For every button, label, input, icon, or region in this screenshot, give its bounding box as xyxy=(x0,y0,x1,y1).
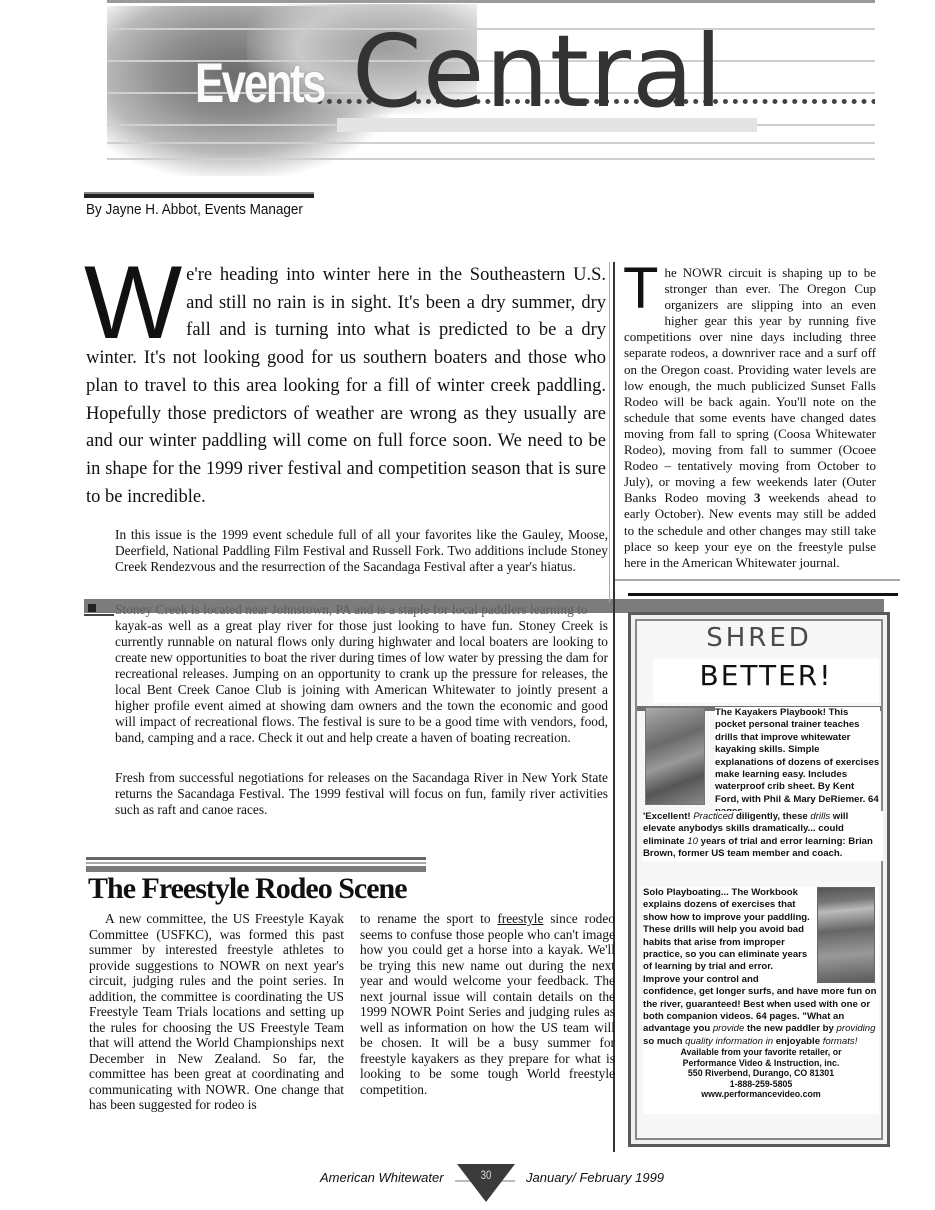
book2-text: the new paddler by xyxy=(744,1023,836,1034)
banner-title-events: Events xyxy=(195,50,324,115)
book2-italic: formats! xyxy=(823,1036,858,1047)
sacandaga-paragraph: Fresh from successful negotiations for r… xyxy=(115,770,608,818)
drop-cap: W xyxy=(84,264,182,344)
freestyle-text: since rodeo seems to confuse those peopl… xyxy=(360,911,615,1097)
company-website: www.performancevideo.com xyxy=(643,1089,879,1100)
byline: By Jayne H. Abbot, Events Manager xyxy=(86,201,303,218)
column-divider-light xyxy=(609,262,610,602)
lead-paragraph: We're heading into winter here in the So… xyxy=(86,262,606,511)
freestyle-underlined-term: freestyle xyxy=(497,911,543,926)
section-rule xyxy=(86,862,426,864)
footer-publication: American Whitewater xyxy=(320,1170,444,1185)
book2-italic: quality information in xyxy=(685,1036,773,1047)
kayakers-playbook-cover-image xyxy=(645,707,705,805)
shred-better-advertisement: SHRED BETTER! The Kayakers Playbook! Thi… xyxy=(628,612,890,1147)
quote-italic: 10 xyxy=(687,836,698,847)
section-rule xyxy=(84,614,114,616)
availability-line: Available from your favorite retailer, o… xyxy=(643,1047,879,1058)
right-column-rule-heavy xyxy=(628,593,898,596)
right-column-rule xyxy=(615,579,900,581)
banner-title-central: Central xyxy=(352,22,723,122)
company-phone: 1-888-259-5805 xyxy=(643,1079,879,1090)
ad-inner-frame: SHRED BETTER! The Kayakers Playbook! Thi… xyxy=(635,619,883,1140)
freestyle-section-title: The Freestyle Rodeo Scene xyxy=(88,872,407,906)
stoney-creek-faded-line: Stoney Creek is located near Johnstown, … xyxy=(115,602,608,618)
freestyle-column-2: to rename the sport to freestyle since r… xyxy=(360,911,615,1097)
nowr-circuit-paragraph: The NOWR circuit is shaping up to be str… xyxy=(624,265,876,571)
footer-issue-date: January/ February 1999 xyxy=(526,1170,664,1185)
stoney-creek-text: kayak-as well as a great play river for … xyxy=(115,618,608,746)
bullet-square-icon xyxy=(88,604,96,612)
intro-paragraph: In this issue is the 1999 event schedule… xyxy=(115,527,608,575)
drop-cap: T xyxy=(623,266,658,314)
ad-availability-block: Available from your favorite retailer, o… xyxy=(643,1047,879,1114)
ad-headline-better: BETTER! xyxy=(653,659,879,692)
banner-top-rule xyxy=(107,0,875,3)
quote-text: diligently, these xyxy=(733,811,810,822)
company-address: 550 Riverbend, Durango, CO 81301 xyxy=(643,1068,879,1079)
quote-italic: Practiced xyxy=(693,811,733,822)
byline-rule xyxy=(84,192,314,198)
kayakers-playbook-description: The Kayakers Playbook! This pocket perso… xyxy=(715,707,880,819)
page-number: 30 xyxy=(463,1168,509,1182)
solo-playboating-cover-image xyxy=(817,887,875,983)
quote-italic: drills xyxy=(810,811,830,822)
banner-stripe xyxy=(107,158,875,160)
quote-text: 'Excellent! xyxy=(643,811,693,822)
banner-stripe xyxy=(107,142,875,144)
nowr-text-a: he NOWR circuit is shaping up to be stro… xyxy=(624,265,876,505)
book2-text: enjoyable xyxy=(773,1036,823,1047)
stoney-creek-paragraph: Stoney Creek is located near Johnstown, … xyxy=(115,602,608,746)
book2-italic: provide xyxy=(713,1023,744,1034)
events-central-banner: Events Central xyxy=(107,0,875,178)
section-rule xyxy=(86,857,426,860)
book2-text: so much xyxy=(643,1036,685,1047)
book2-italic: providing xyxy=(837,1023,876,1034)
company-name: Performance Video & Instruction, inc. xyxy=(643,1058,879,1069)
ad-headline-shred: SHRED xyxy=(637,623,881,653)
freestyle-column-1: A new committee, the US Freestyle Kayak … xyxy=(89,911,344,1113)
freestyle-text: to rename the sport to xyxy=(360,911,497,926)
brian-brown-testimonial: 'Excellent! Practiced diligently, these … xyxy=(643,811,883,861)
